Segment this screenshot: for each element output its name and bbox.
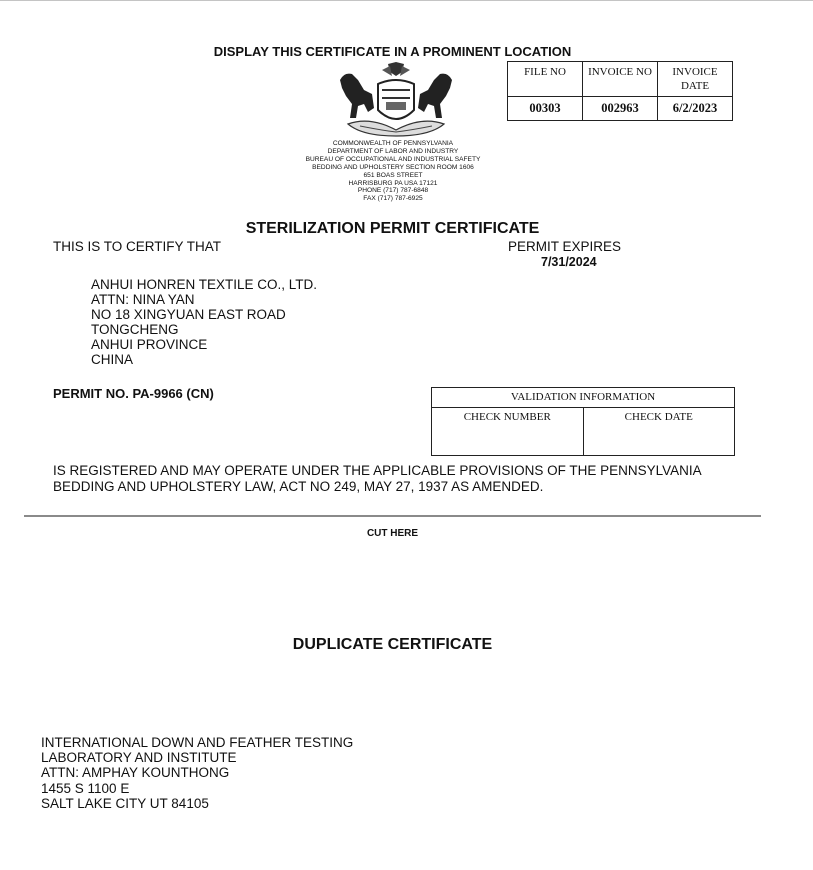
agency-line: BEDDING AND UPHOLSTERY SECTION ROOM 1606 <box>243 164 543 172</box>
agency-line: BUREAU OF OCCUPATIONAL AND INDUSTRIAL SA… <box>243 156 543 164</box>
check-date-label: CHECK DATE <box>584 411 735 423</box>
agency-line: COMMONWEALTH OF PENNSYLVANIA <box>243 140 543 148</box>
agency-line: 651 BOAS STREET <box>243 172 543 180</box>
permit-expires-label: PERMIT EXPIRES <box>508 239 621 254</box>
address-line: NO 18 XINGYUAN EAST ROAD <box>91 307 317 322</box>
invoice-no-value: 002963 <box>583 97 658 121</box>
cut-line-divider <box>24 515 761 517</box>
address-line: CHINA <box>91 352 317 367</box>
invoice-date-header: INVOICE DATE <box>658 62 733 97</box>
mailing-line: INTERNATIONAL DOWN AND FEATHER TESTING <box>41 735 353 750</box>
permit-expires-date: 7/31/2024 <box>541 255 597 269</box>
invoice-no-header: INVOICE NO <box>583 62 658 97</box>
address-line: ANHUI HONREN TEXTILE CO., LTD. <box>91 277 317 292</box>
address-line: ANHUI PROVINCE <box>91 337 317 352</box>
permit-number: PERMIT NO. PA-9966 (CN) <box>53 386 214 401</box>
agency-line: DEPARTMENT OF LABOR AND INDUSTRY <box>243 148 543 156</box>
certificate-title: STERILIZATION PERMIT CERTIFICATE <box>0 220 785 238</box>
pennsylvania-seal-icon <box>330 60 462 140</box>
validation-box: VALIDATION INFORMATION CHECK NUMBER CHEC… <box>431 387 735 456</box>
permittee-address: ANHUI HONREN TEXTILE CO., LTD. ATTN: NIN… <box>91 277 317 367</box>
display-notice: DISPLAY THIS CERTIFICATE IN A PROMINENT … <box>0 44 785 59</box>
agency-address: COMMONWEALTH OF PENNSYLVANIA DEPARTMENT … <box>243 140 543 203</box>
agency-line: HARRISBURG PA USA 17121 <box>243 180 543 188</box>
registration-line: BEDDING AND UPHOLSTERY LAW, ACT NO 249, … <box>53 479 702 495</box>
mailing-line: SALT LAKE CITY UT 84105 <box>41 796 353 811</box>
mailing-line: 1455 S 1100 E <box>41 781 353 796</box>
registration-line: IS REGISTERED AND MAY OPERATE UNDER THE … <box>53 463 702 479</box>
check-number-label: CHECK NUMBER <box>432 411 583 423</box>
certify-text: THIS IS TO CERTIFY THAT <box>53 239 221 254</box>
check-date-cell: CHECK DATE <box>583 408 735 455</box>
invoice-table: FILE NO INVOICE NO INVOICE DATE 00303 00… <box>507 61 733 121</box>
mailing-line: LABORATORY AND INSTITUTE <box>41 750 353 765</box>
check-number-cell: CHECK NUMBER <box>432 408 583 455</box>
top-rule <box>0 0 813 1</box>
agency-line: PHONE (717) 787-6848 <box>243 187 543 195</box>
invoice-table-value-row: 00303 002963 6/2/2023 <box>508 97 733 121</box>
file-no-value: 00303 <box>508 97 583 121</box>
address-line: TONGCHENG <box>91 322 317 337</box>
address-line: ATTN: NINA YAN <box>91 292 317 307</box>
duplicate-certificate-title: DUPLICATE CERTIFICATE <box>0 636 785 654</box>
validation-title: VALIDATION INFORMATION <box>432 388 734 408</box>
mailing-line: ATTN: AMPHAY KOUNTHONG <box>41 765 353 780</box>
mailing-address: INTERNATIONAL DOWN AND FEATHER TESTING L… <box>41 735 353 811</box>
file-no-header: FILE NO <box>508 62 583 97</box>
invoice-table-header-row: FILE NO INVOICE NO INVOICE DATE <box>508 62 733 97</box>
agency-line: FAX (717) 787-6925 <box>243 195 543 203</box>
cut-here-label: CUT HERE <box>0 528 785 539</box>
invoice-date-value: 6/2/2023 <box>658 97 733 121</box>
registration-statement: IS REGISTERED AND MAY OPERATE UNDER THE … <box>53 463 702 495</box>
